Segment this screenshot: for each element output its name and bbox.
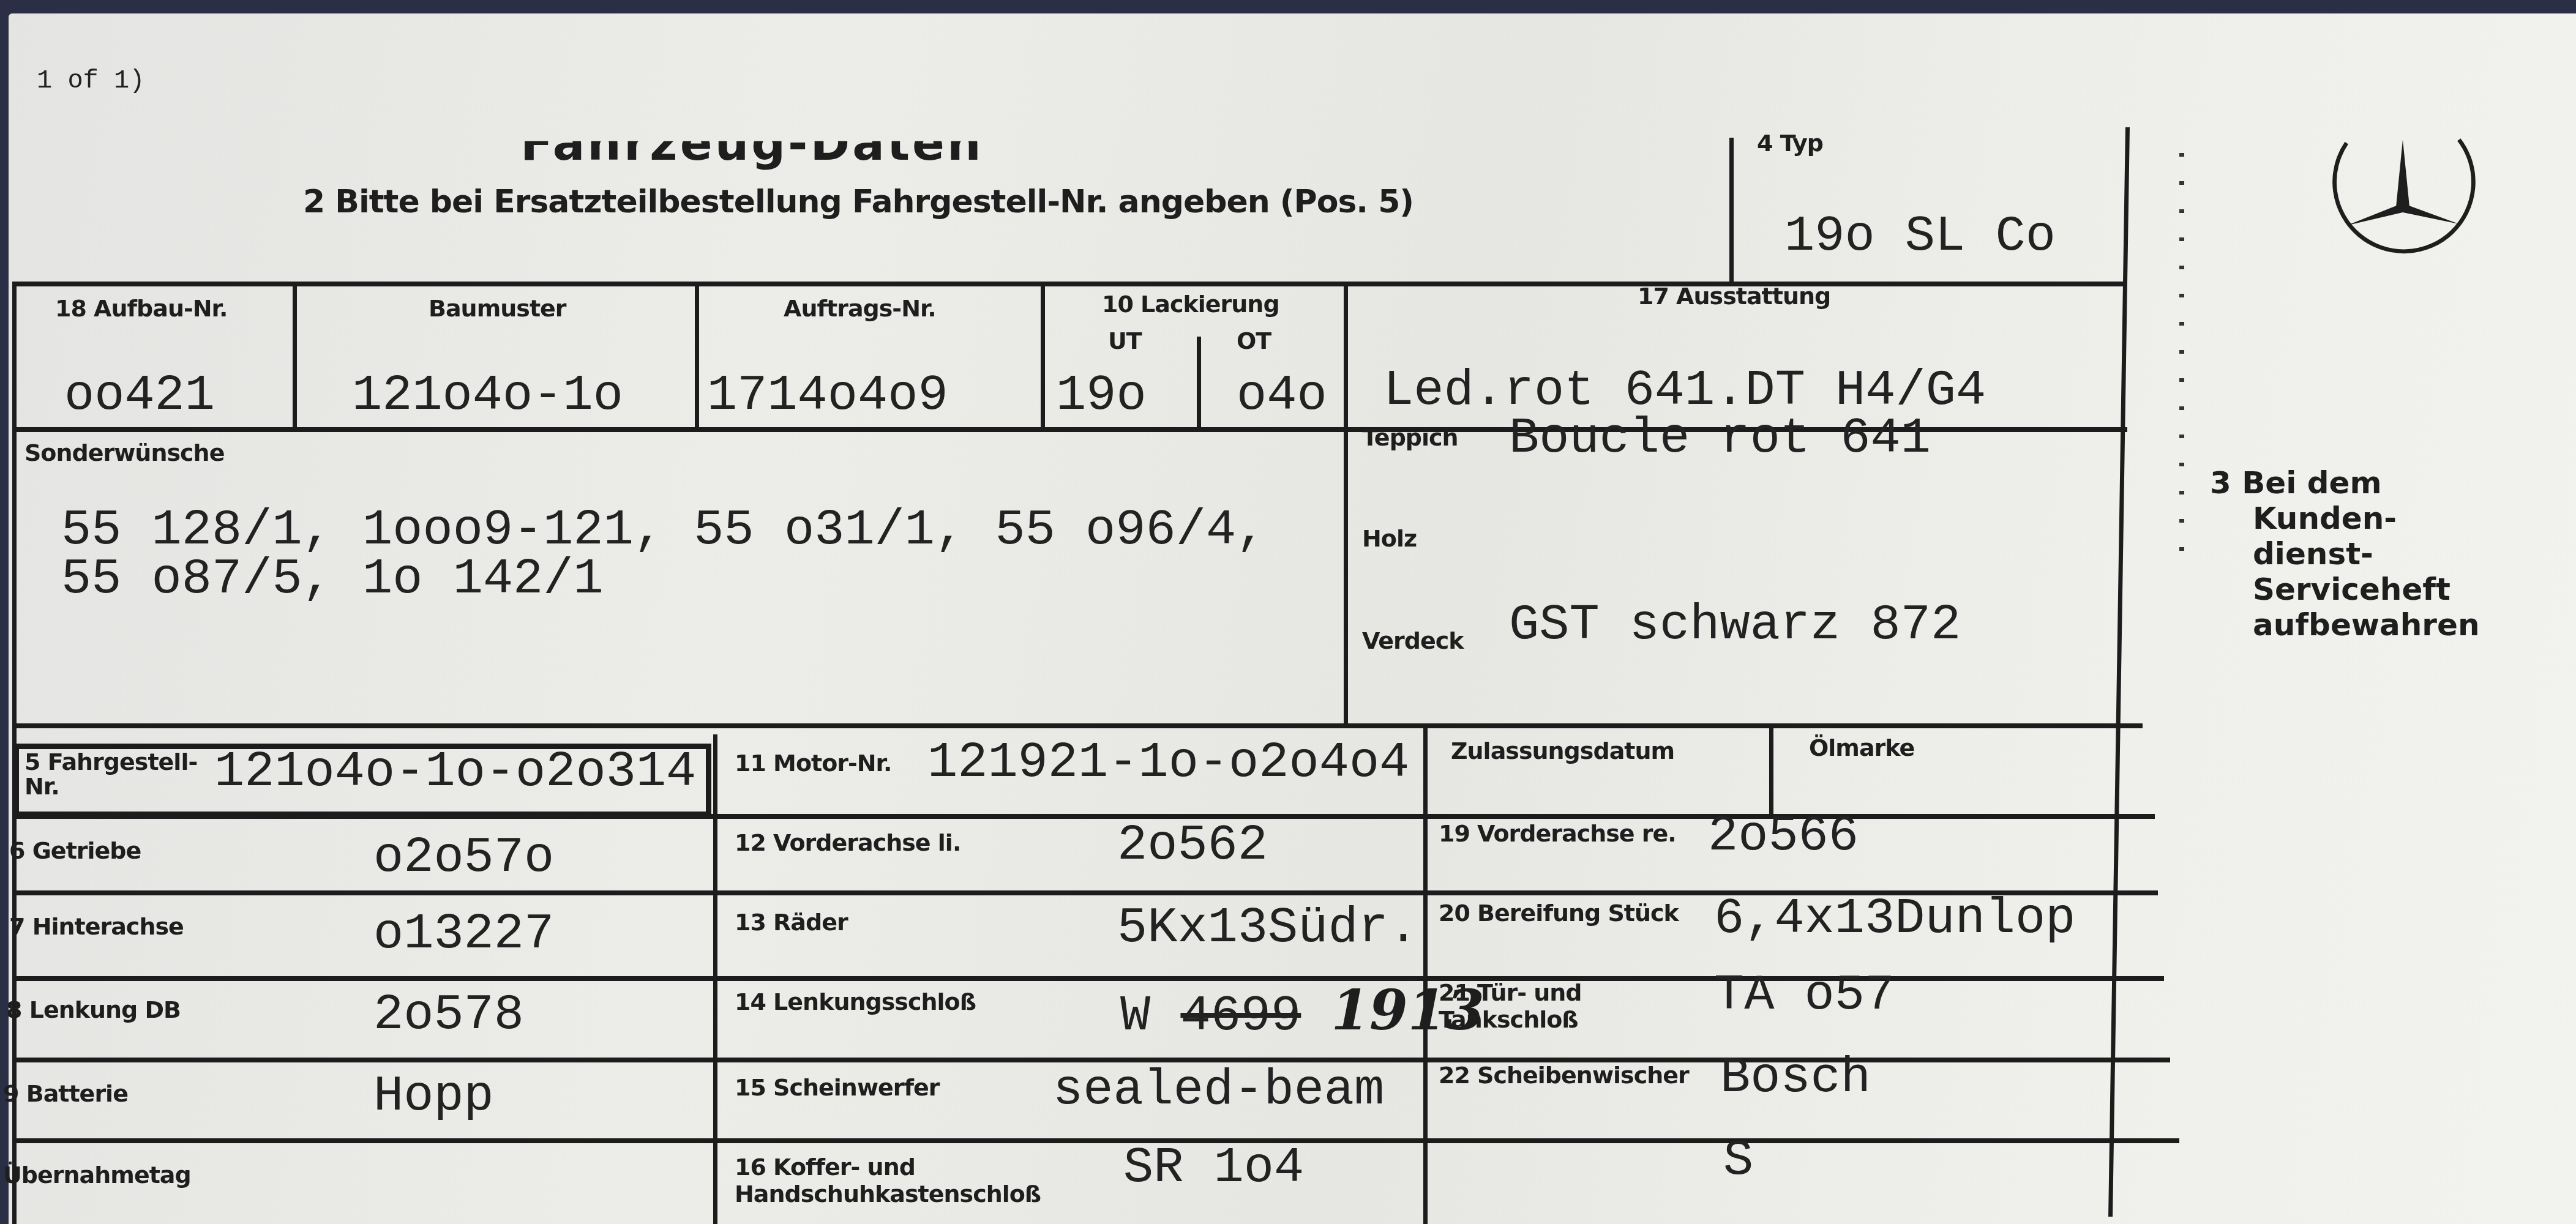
vorderachse-li-value: 2o562: [1117, 817, 1268, 874]
tuerschloss-label: 21 Tür- und Tankschloß: [1439, 979, 1598, 1033]
scheibenwischer-label: 22 Scheibenwischer: [1439, 1062, 1689, 1089]
uebernahmetag-label: Übernahmetag: [3, 1162, 191, 1189]
fahrgestell-value: 121o4o-1o-o2o314: [214, 744, 696, 800]
holz-label: Holz: [1362, 525, 1417, 552]
lenkungsschloss-value: W 4699 1913: [1120, 978, 1485, 1045]
auftrags-nr-label: Auftrags-Nr.: [784, 295, 936, 322]
lenkungsschloss-label: 14 Lenkungsschloß: [735, 988, 976, 1015]
sonderwuensche-line-2: 55 o87/5, 1o 142/1: [61, 551, 604, 608]
raeder-value: 5Kx13Südr.: [1117, 900, 1418, 957]
koffer-value: SR 1o4: [1123, 1140, 1304, 1196]
hinterachse-value: o13227: [373, 906, 554, 963]
side-note-line: aufbewahren: [2210, 607, 2479, 643]
page-indicator: 1 of 1): [37, 66, 144, 95]
batterie-label: 9 Batterie: [3, 1080, 128, 1107]
typ-value: 19o SL Co: [1784, 208, 2056, 265]
ausstattung-label: 17 Ausstattung: [1638, 283, 1830, 310]
perforation: [2179, 153, 2184, 557]
oelmarke-label: Ölmarke: [1809, 734, 1914, 761]
scheinwerfer-value: sealed-beam: [1053, 1062, 1384, 1119]
getriebe-label: 6 Getriebe: [9, 837, 141, 864]
motor-nr-label: 11 Motor-Nr.: [735, 750, 891, 777]
scheinwerfer-label: 15 Scheinwerfer: [735, 1074, 940, 1101]
baumuster-label: Baumuster: [429, 295, 566, 322]
bereifung-value: 6,4x13Dunlop: [1714, 890, 2076, 947]
lackierung-ot-label: OT: [1237, 327, 1271, 354]
lenkungsschloss-typed: W: [1120, 988, 1150, 1045]
batterie-value: Hopp: [373, 1068, 494, 1125]
lackierung-ut-value: 19o: [1056, 367, 1147, 424]
teppich-label: Teppich: [1362, 424, 1458, 451]
auftrags-nr-value: 1714o4o9: [707, 367, 948, 424]
side-note: 3 Bei dem Kunden- dienst- Serviceheft au…: [2210, 465, 2479, 643]
vorderachse-li-label: 12 Vorderachse li.: [735, 829, 960, 856]
tuerschloss-value: TA o57: [1714, 967, 1895, 1024]
mercedes-star-icon: [2320, 113, 2485, 278]
side-note-line: 3 Bei dem: [2210, 465, 2479, 501]
lackierung-ot-value: o4o: [1237, 367, 1327, 424]
lackierung-ut-label: UT: [1108, 327, 1142, 354]
bottom-right-value: S: [1723, 1132, 1753, 1189]
side-note-line: Serviceheft: [2210, 572, 2479, 607]
zulassungsdatum-label: Zulassungsdatum: [1451, 737, 1674, 764]
side-note-line: dienst-: [2210, 536, 2479, 572]
fahrgestell-label: 5 Fahrgestell-Nr.: [24, 750, 208, 799]
sonderwuensche-label: Sonderwünsche: [24, 439, 224, 466]
lenkungsschloss-struck: 4699: [1180, 988, 1301, 1045]
form-subtitle: 2 Bitte bei Ersatzteilbestellung Fahrges…: [303, 184, 1413, 220]
bereifung-label: 20 Bereifung Stück: [1439, 900, 1679, 927]
lenkung-value: 2o578: [373, 987, 524, 1043]
vorderachse-re-value: 2o566: [1708, 808, 1859, 865]
verdeck-value: GST schwarz 872: [1509, 597, 1961, 654]
getriebe-value: o2o57o: [373, 829, 554, 886]
raeder-label: 13 Räder: [735, 909, 848, 936]
aufbau-nr-label: 18 Aufbau-Nr.: [55, 295, 227, 322]
hinterachse-label: 7 Hinterachse: [9, 913, 184, 940]
vorderachse-re-label: 19 Vorderachse re.: [1439, 820, 1676, 847]
side-note-line: Kunden-: [2210, 501, 2479, 536]
lenkung-label: 8 Lenkung DB: [6, 996, 181, 1023]
typ-label: 4 Typ: [1757, 130, 1823, 157]
koffer-label: 16 Koffer- und Handschuhkastenschloß: [735, 1154, 1133, 1207]
verdeck-label: Verdeck: [1362, 627, 1464, 654]
scheibenwischer-value: Bosch: [1720, 1050, 1871, 1106]
lackierung-label: 10 Lackierung: [1102, 291, 1279, 318]
motor-nr-value: 121921-1o-o2o4o4: [927, 734, 1409, 791]
aufbau-nr-value: oo421: [64, 367, 215, 424]
baumuster-value: 121o4o-1o: [352, 367, 623, 424]
teppich-value: Boucle rot 641: [1509, 410, 1931, 467]
